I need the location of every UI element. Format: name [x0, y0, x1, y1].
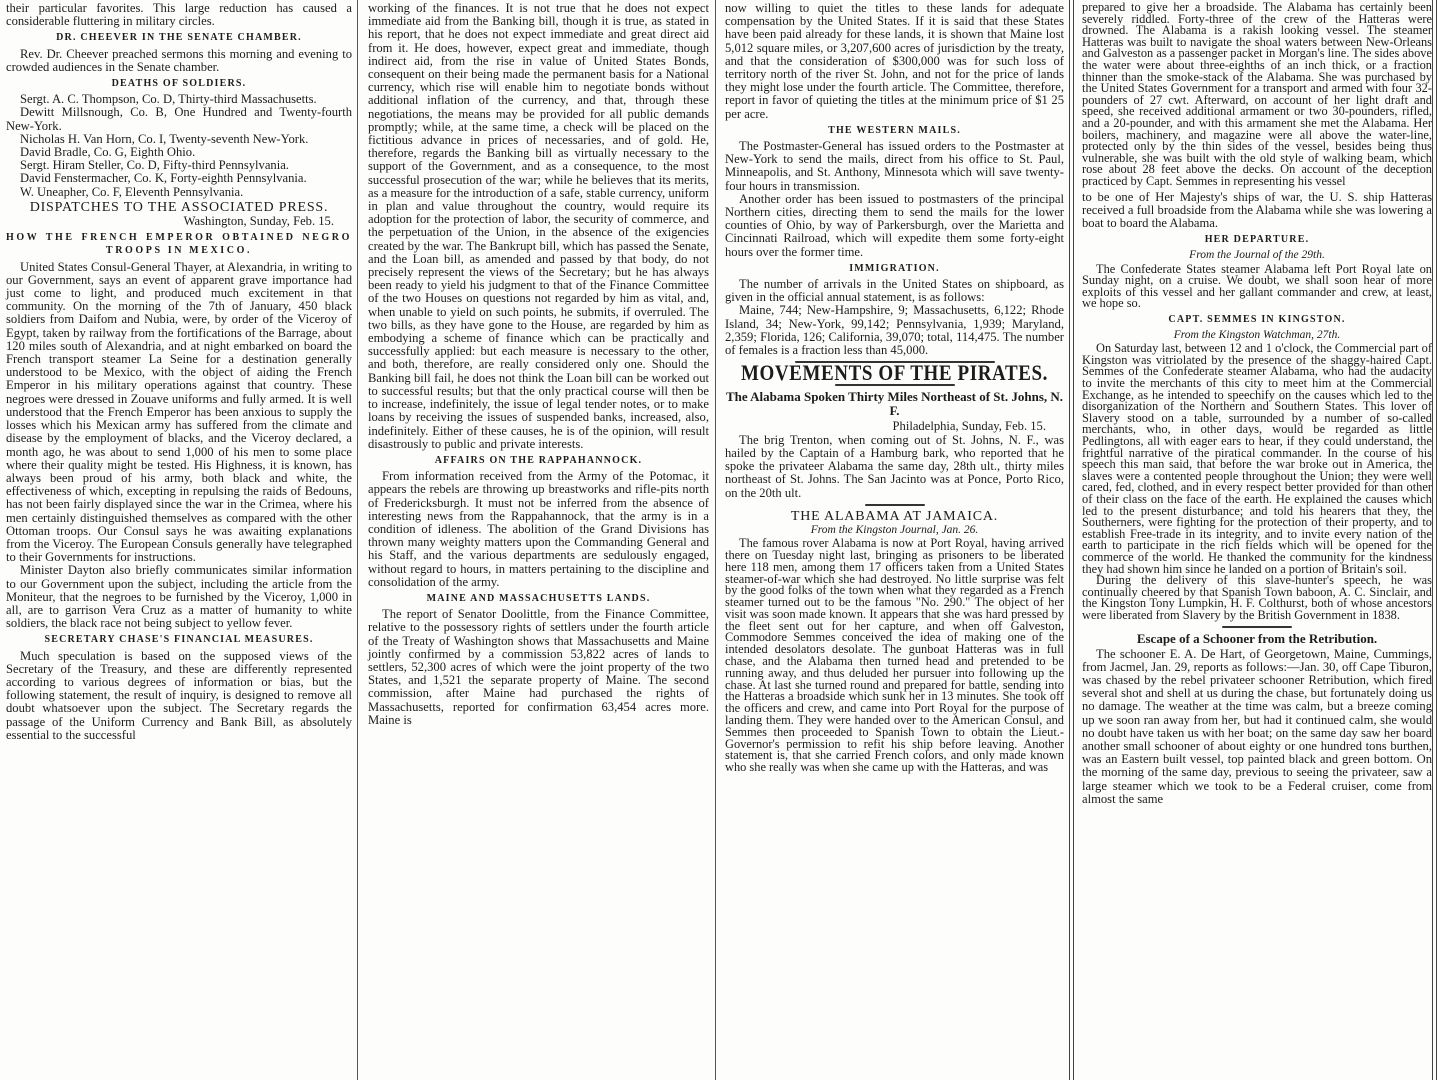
newspaper-page: their particular favorites. This large r…	[0, 0, 1438, 1080]
headline-pirates: MOVEMENTS OF THE PIRATES.	[725, 366, 1064, 381]
headline-alabama-jamaica: THE ALABAMA AT JAMAICA.	[725, 510, 1064, 523]
article-paragraph: The Confederate States steamer Alabama l…	[1082, 264, 1432, 310]
section-heading-chase: SECRETARY CHASE'S FINANCIAL MEASURES.	[6, 633, 352, 646]
section-heading-deaths: DEATHS OF SOLDIERS.	[6, 77, 352, 90]
article-paragraph: Maine, 744; New-Hampshire, 9; Massachuse…	[725, 304, 1064, 357]
section-heading-western-mails: THE WESTERN MAILS.	[725, 124, 1064, 137]
article-paragraph: Rev. Dr. Cheever preached sermons this m…	[6, 48, 352, 74]
article-paragraph: During the delivery of this slave-hunter…	[1082, 575, 1432, 621]
death-entry: Dewitt Millsnough, Co. B, One Hundred an…	[6, 106, 352, 132]
decorative-rule	[865, 504, 925, 506]
dateline: Philadelphia, Sunday, Feb. 15.	[725, 420, 1064, 433]
column-1: their particular favorites. This large r…	[0, 0, 358, 1080]
source-line: From the Journal of the 29th.	[1082, 249, 1432, 262]
page-edge-rule	[1432, 0, 1437, 1080]
section-heading-kingston: CAPT. SEMMES IN KINGSTON.	[1082, 313, 1432, 326]
death-entry: W. Uneapher, Co. F, Eleventh Pennsylvani…	[6, 186, 352, 199]
article-paragraph: The report of Senator Doolittle, from th…	[368, 608, 709, 727]
death-entry: David Fenstermacher, Co. K, Forty-eighth…	[6, 172, 352, 185]
decorative-rule	[1222, 626, 1292, 628]
article-paragraph: Minister Dayton also briefly communicate…	[6, 564, 352, 630]
article-continuation: prepared to give her a broadside. The Al…	[1082, 2, 1432, 188]
article-paragraph: The brig Trenton, when coming out of St.…	[725, 434, 1064, 500]
section-heading-cheever: DR. CHEEVER IN THE SENATE CHAMBER.	[6, 31, 352, 44]
article-paragraph: Much speculation is based on the suppose…	[6, 650, 352, 742]
article-continuation: their particular favorites. This large r…	[6, 2, 352, 28]
section-heading-immigration: IMMIGRATION.	[725, 262, 1064, 275]
column-2: working of the finances. It is not true …	[358, 0, 715, 1080]
subheadline-schooner: Escape of a Schooner from the Retributio…	[1082, 632, 1432, 646]
section-heading-maine-lands: MAINE AND MASSACHUSETTS LANDS.	[368, 592, 709, 605]
article-continuation: now willing to quiet the titles to these…	[725, 2, 1064, 121]
dateline: Washington, Sunday, Feb. 15.	[6, 215, 352, 228]
article-paragraph: On Saturday last, between 12 and 1 o'clo…	[1082, 343, 1432, 575]
article-paragraph: United States Consul-General Thayer, at …	[6, 261, 352, 565]
article-paragraph: The famous rover Alabama is now at Port …	[725, 538, 1064, 774]
article-paragraph: From information received from the Army …	[368, 470, 709, 589]
article-paragraph: The Postmaster-General has issued orders…	[725, 140, 1064, 193]
column-4: prepared to give her a broadside. The Al…	[1070, 0, 1438, 1080]
article-paragraph: The schooner E. A. De Hart, of Georgetow…	[1082, 648, 1432, 806]
article-paragraph: The number of arrivals in the United Sta…	[725, 278, 1064, 304]
headline-dispatches: DISPATCHES TO THE ASSOCIATED PRESS.	[6, 201, 352, 214]
section-heading-departure: HER DEPARTURE.	[1082, 233, 1432, 246]
article-paragraph: Another order has been issued to postmas…	[725, 193, 1064, 259]
subheadline-alabama-spoken: The Alabama Spoken Thirty Miles Northeas…	[725, 390, 1064, 418]
section-heading-rappahannock: AFFAIRS ON THE RAPPAHANNOCK.	[368, 454, 709, 467]
article-continuation: working of the finances. It is not true …	[368, 2, 709, 451]
article-continuation: to be one of Her Majesty's ships of war,…	[1082, 191, 1432, 231]
section-heading-french-emperor: HOW THE FRENCH EMPEROR OBTAINED NEGRO TR…	[6, 231, 352, 257]
column-3: now willing to quiet the titles to these…	[715, 0, 1070, 1080]
